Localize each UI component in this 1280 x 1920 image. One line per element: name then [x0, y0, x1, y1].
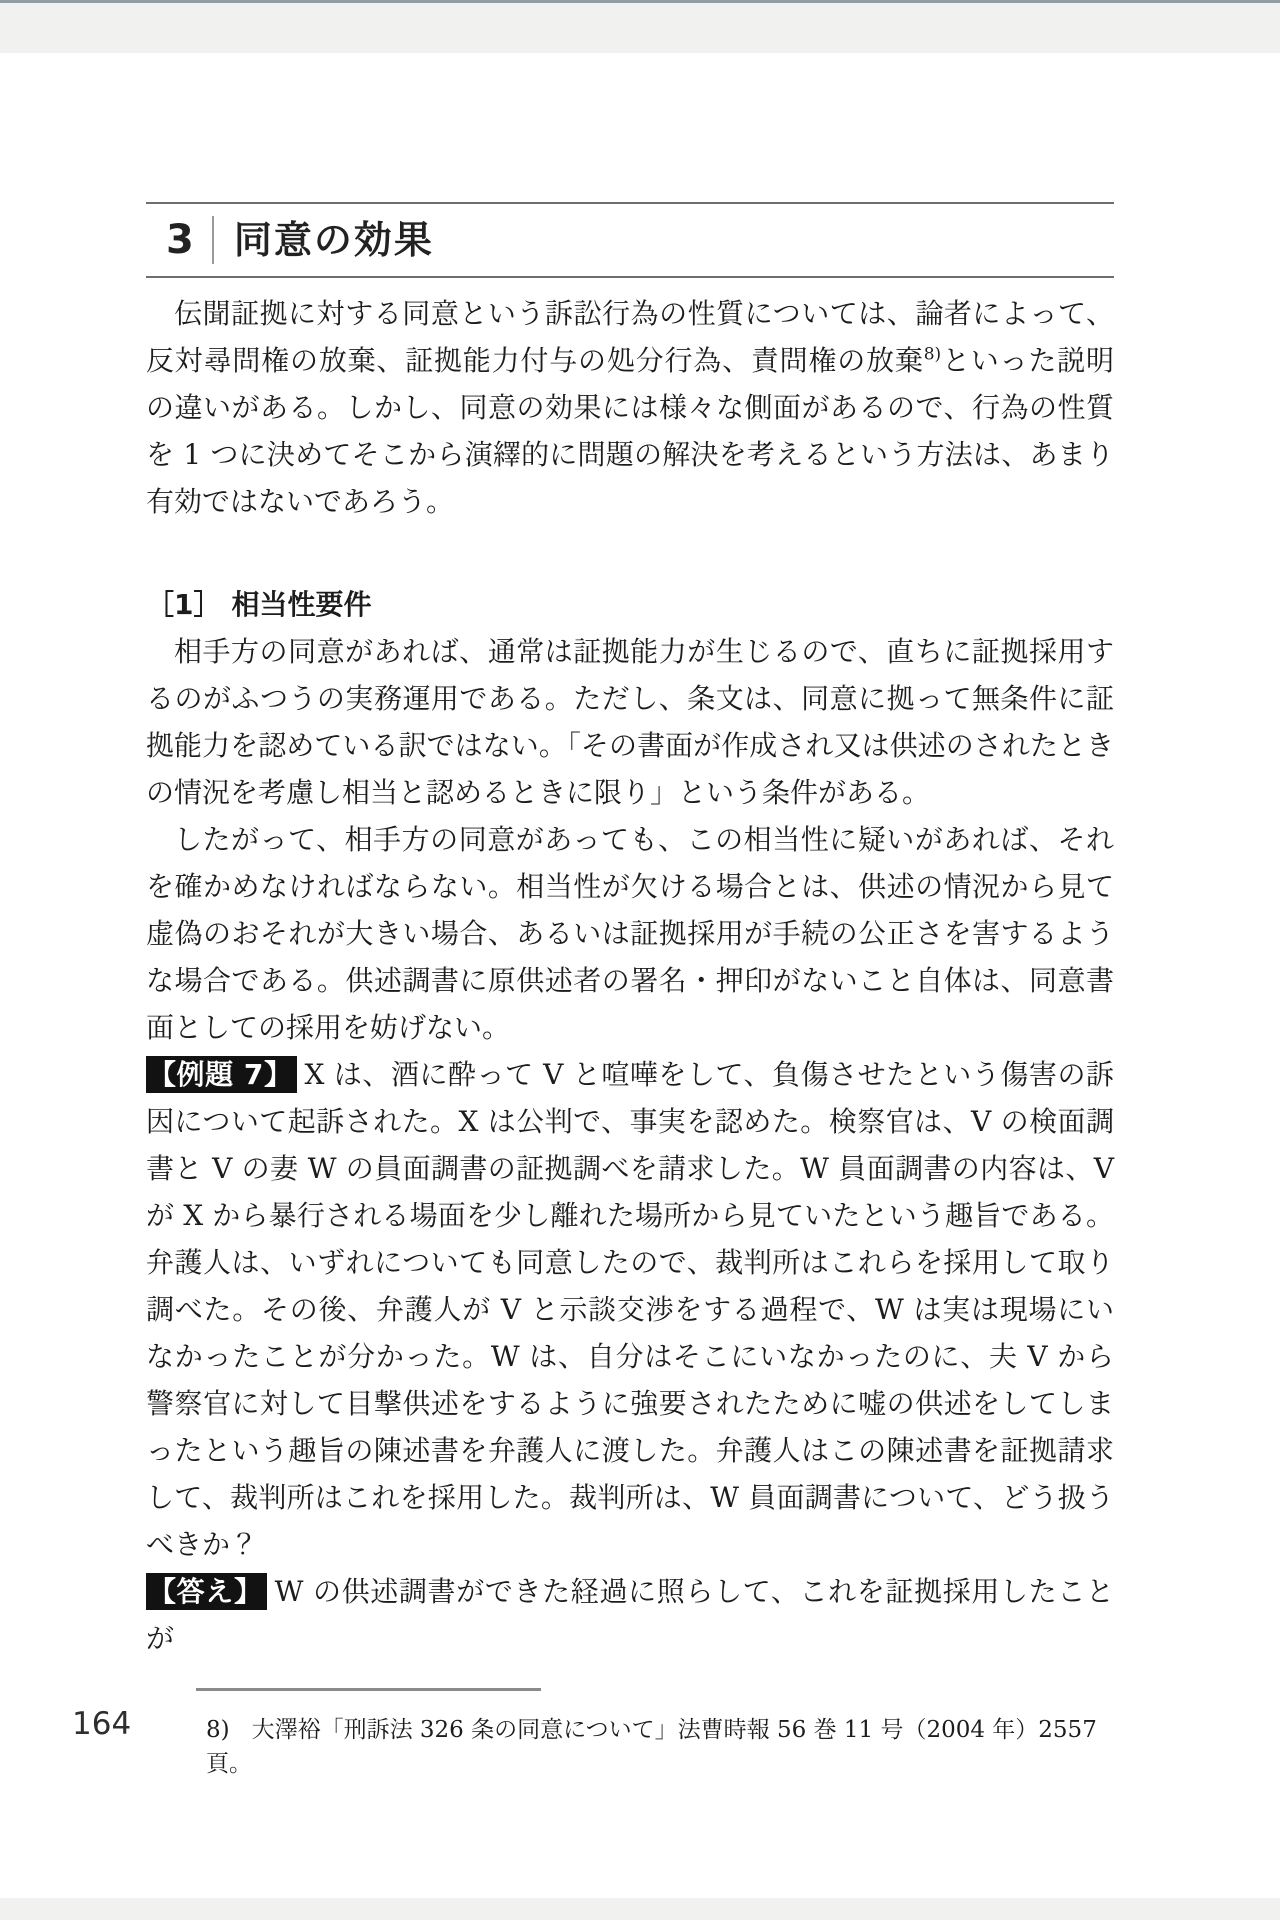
bottom-chrome-bar: [0, 1898, 1280, 1920]
answer-label: 【答え】: [146, 1573, 267, 1610]
page-number: 164: [72, 1706, 131, 1742]
page-content: 3 同意の効果 伝聞証拠に対する同意という訴訟行為の性質については、論者によって…: [146, 202, 1114, 1781]
example-label: 【例題 7】: [146, 1056, 297, 1093]
intro-paragraph: 伝聞証拠に対する同意という訴訟行為の性質については、論者によって、反対尋問権の放…: [146, 290, 1114, 525]
heading-divider: [212, 216, 214, 264]
section-heading: 3 同意の効果: [146, 202, 1114, 278]
footnote-separator: [196, 1688, 541, 1691]
footnote-ref-8: 8): [924, 345, 941, 365]
example-text: X は、酒に酔って V と喧嘩をして、負傷させたという傷害の訴因について起訴され…: [146, 1058, 1114, 1561]
top-chrome-bar: [0, 0, 1280, 53]
footnote: 8)大澤裕「刑訴法 326 条の同意について」法曹時報 56 巻 11 号（20…: [206, 1713, 1114, 1781]
section-number: 3: [166, 216, 194, 264]
subsection-heading: ［1］相当性要件: [146, 581, 1114, 628]
suitability-paragraph-2: したがって、相手方の同意があっても、この相当性に疑いがあれば、それを確かめなけれ…: [146, 816, 1114, 1051]
subsection-number: ［1］: [146, 588, 221, 621]
footnote-marker: 8): [206, 1717, 230, 1743]
answer-block: 【答え】W の供述調書ができた経過に照らして、これを証拠採用したことが: [146, 1568, 1114, 1662]
footnote-text: 大澤裕「刑訴法 326 条の同意について」法曹時報 56 巻 11 号（2004…: [206, 1717, 1097, 1777]
answer-text: W の供述調書ができた経過に照らして、これを証拠採用したことが: [146, 1575, 1114, 1655]
section-title: 同意の効果: [234, 216, 434, 264]
example-block: 【例題 7】X は、酒に酔って V と喧嘩をして、負傷させたという傷害の訴因につ…: [146, 1051, 1114, 1568]
subsection-title: 相当性要件: [231, 588, 371, 621]
suitability-paragraph-1: 相手方の同意があれば、通常は証拠能力が生じるので、直ちに証拠採用するのがふつうの…: [146, 628, 1114, 816]
